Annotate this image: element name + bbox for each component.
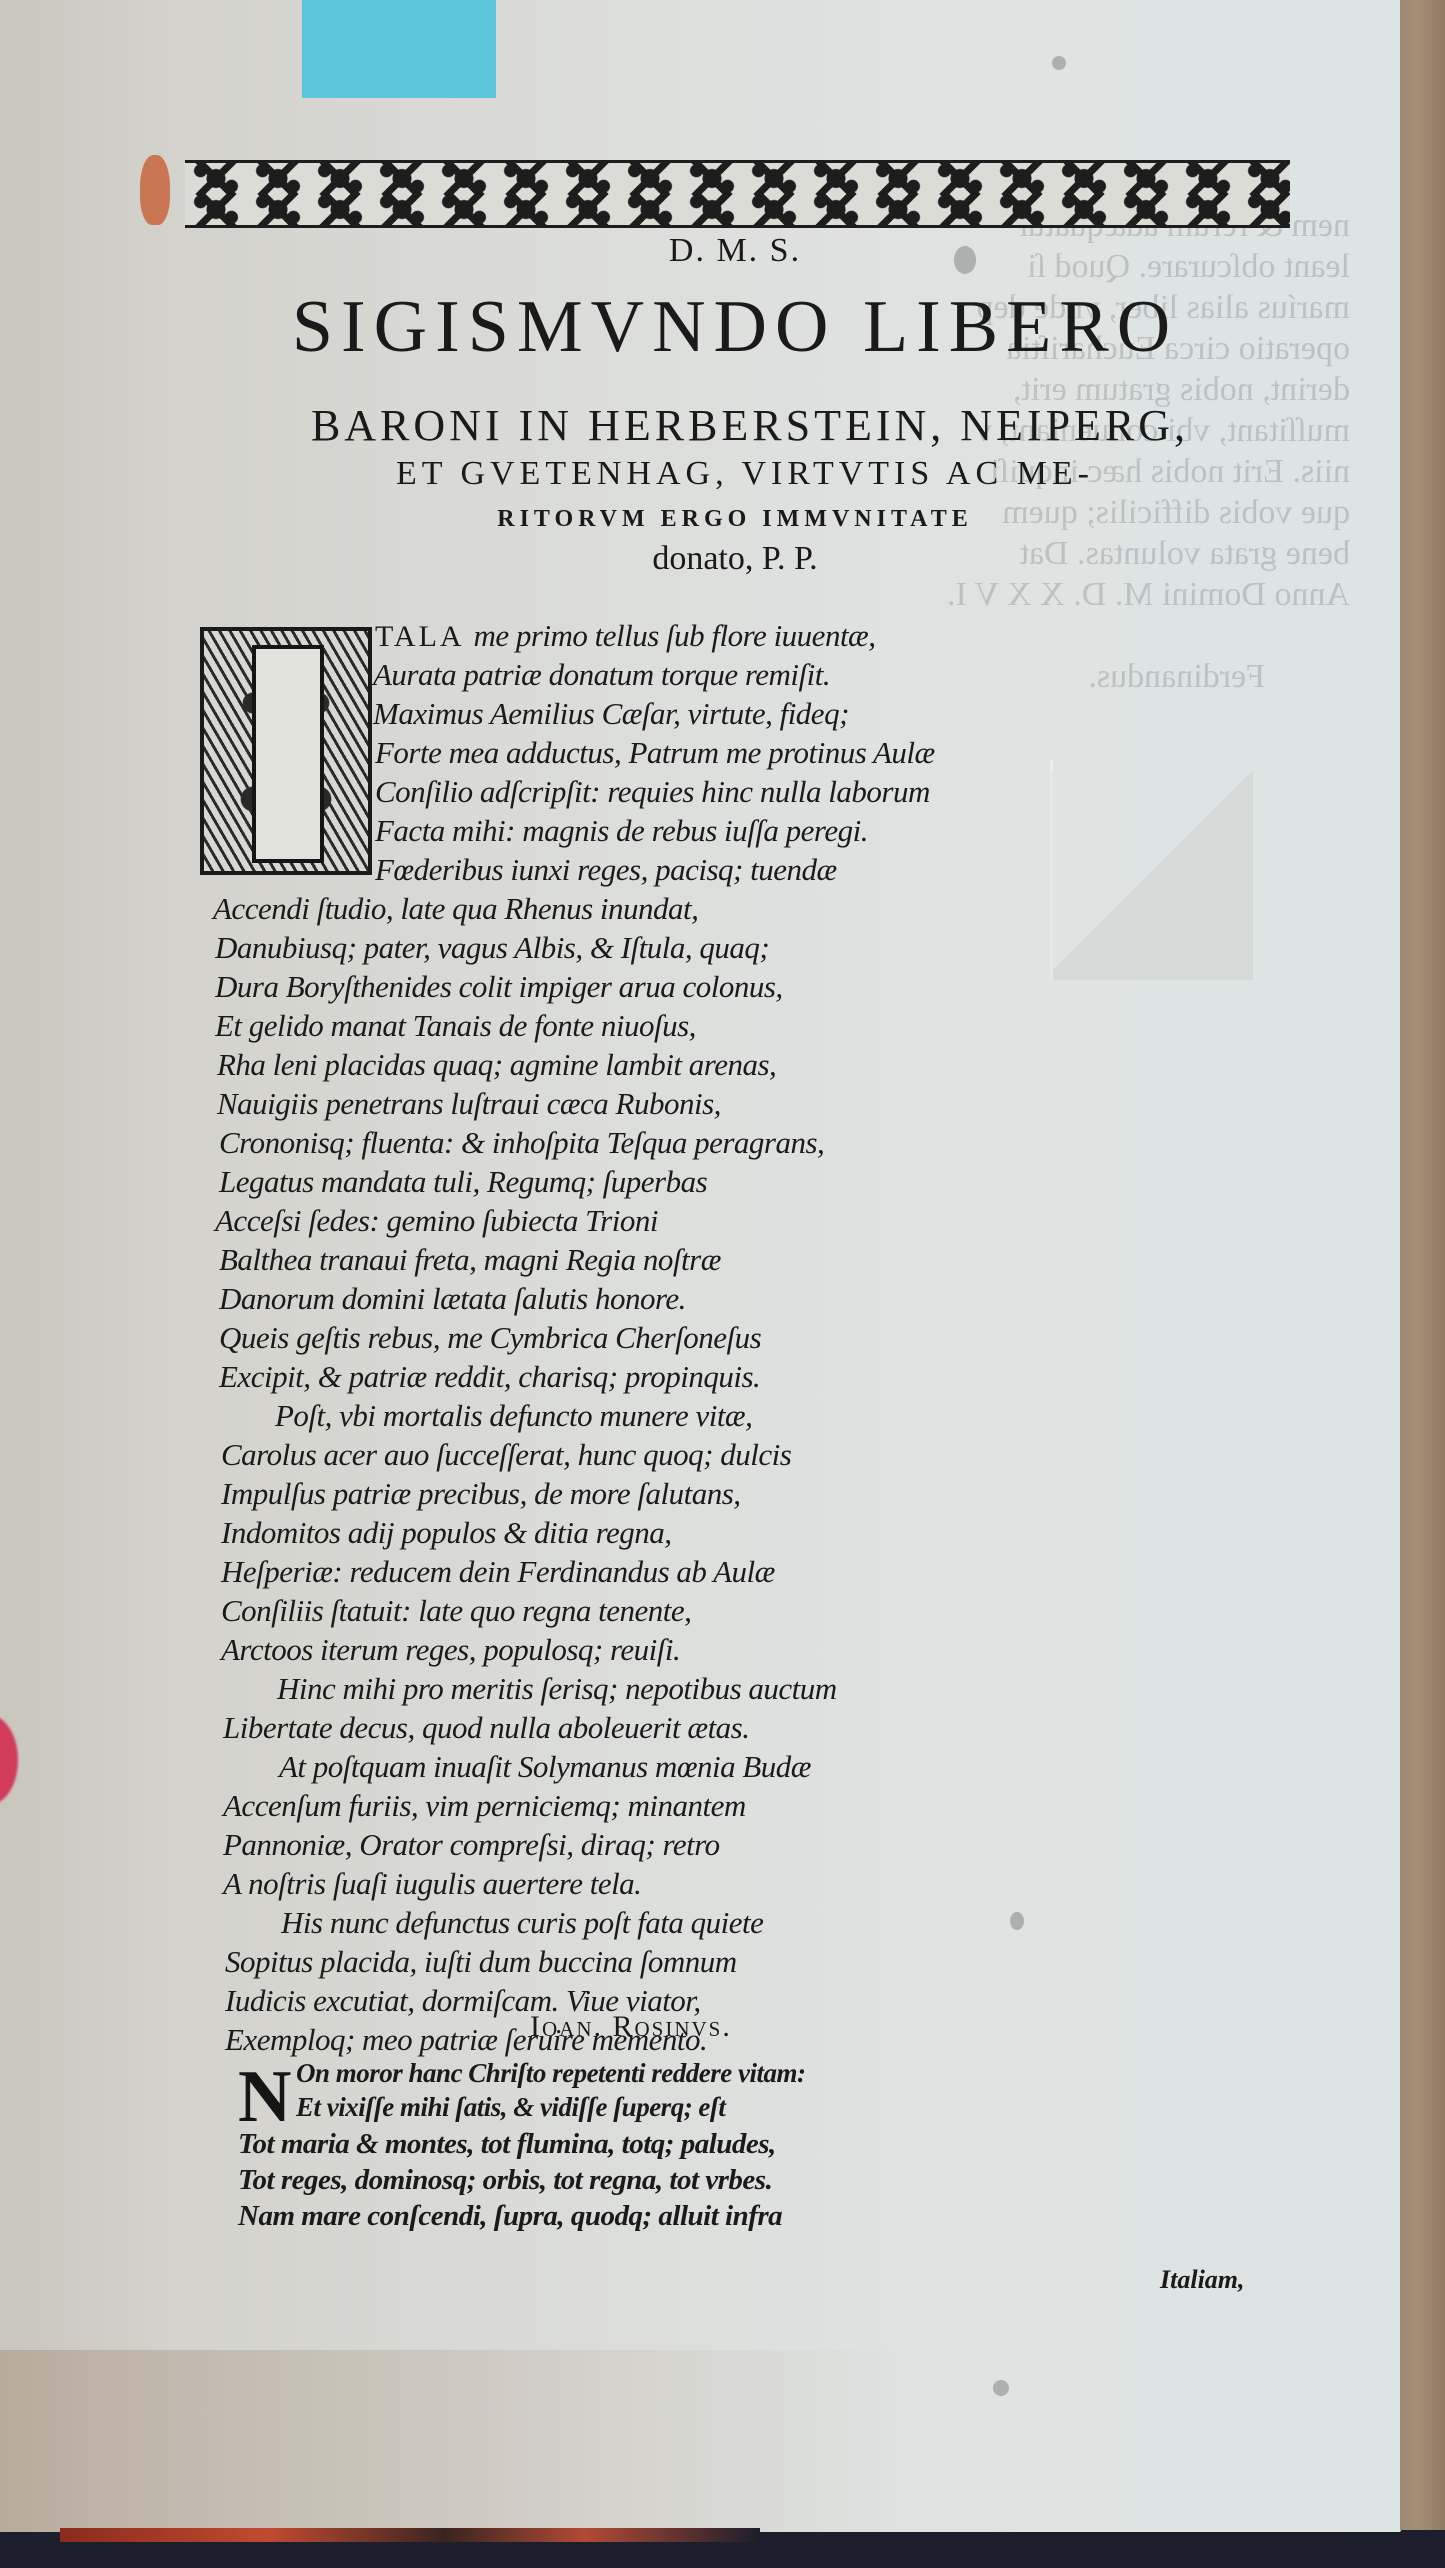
poem-line: Maximus Aemilius Cæſar, virtute, fideq;	[373, 696, 849, 732]
title-line-2: BARONI IN HERBERSTEIN, NEIPERG,	[230, 400, 1270, 451]
title-line-4: RITORVM ERGO IMMVNITATE	[160, 506, 1310, 533]
poem-line: Heſperiæ: reducem dein Ferdinandus ab Au…	[221, 1554, 775, 1590]
poem-line-indented: At poſtquam inuaſit Solymanus mœnia Budæ	[279, 1749, 811, 1785]
author-signature: Ioan. Rosinvs.	[530, 2010, 732, 2044]
poem-line: On moror hanc Chriſto repetenti reddere …	[296, 2058, 806, 2089]
poem-line: A noſtris ſuaſi iugulis auertere tela.	[223, 1866, 641, 1902]
poem-line: Queis geſtis rebus, me Cymbrica Cherſone…	[219, 1320, 761, 1356]
title-line-3: ET GVETENHAG, VIRTVTIS AC ME-	[240, 455, 1250, 493]
poem-line: Crononisq; fluenta: & inhoſpita Teſqua p…	[219, 1125, 824, 1161]
poem-line-indented: Hinc mihi pro meritis ſerisq; nepotibus …	[277, 1671, 837, 1707]
foxing-spot	[1010, 1912, 1024, 1930]
catchword: Italiam,	[1160, 2265, 1245, 2295]
poem-line: Indomitos adij populos & ditia regna,	[221, 1515, 672, 1551]
poem-line: Et gelido manat Tanais de fonte niuoſus,	[215, 1008, 696, 1044]
page-title: SIGISMVNDO LIBERO	[160, 290, 1310, 364]
poem-line: Tot reges, dominosq; orbis, tot regna, t…	[238, 2164, 772, 2197]
title-line-5: donato, P. P.	[160, 540, 1310, 578]
poem-line: Acceſsi ſedes: gemino ſubiecta Trioni	[215, 1203, 658, 1239]
poem-line-indented: Poſt, vbi mortalis defuncto munere vitæ,	[275, 1398, 752, 1434]
poem-line: Carolus acer auo ſucceſſerat, hunc quoq;…	[221, 1437, 791, 1473]
initial-letter-i: I	[252, 645, 324, 863]
poem-line: Danorum domini lætata ſalutis honore.	[219, 1281, 686, 1317]
poem-line: Pannoniæ, Orator compreſsi, diraq; retro	[223, 1827, 720, 1863]
poem-line: Nauigiis penetrans luſtraui cæca Rubonis…	[217, 1086, 721, 1122]
poem-line: Rha leni placidas quaq; agmine lambit ar…	[217, 1047, 776, 1083]
poem-line-indented: His nunc defunctus curis poſt fata quiet…	[281, 1905, 763, 1941]
sticky-note-tab	[302, 0, 496, 98]
poem-line: Facta mihi: magnis de rebus iuſſa peregi…	[375, 813, 868, 849]
poem-line: Sopitus placida, iuſti dum buccina ſomnu…	[225, 1944, 737, 1980]
poem-line: Accendi ſtudio, late qua Rhenus inundat,	[213, 891, 698, 927]
poem-line-rest: me primo tellus ſub flore iuuentæ,	[473, 618, 875, 653]
poem-line: Conſiliis ſtatuit: late quo regna tenent…	[221, 1593, 691, 1629]
poem-line: Tot maria & montes, tot flumina, totq; p…	[238, 2128, 776, 2161]
poem-line: Arctoos iterum reges, populosq; reuiſi.	[221, 1632, 680, 1668]
poem-line: Aurata patriæ donatum torque remiſit.	[373, 657, 830, 693]
foxing-spot	[993, 2380, 1009, 2396]
book-page: nem & rerum adæquatur leant obſcurare. Q…	[0, 0, 1408, 2548]
poem-line: Nam mare conſcendi, ſupra, quodq; alluit…	[238, 2200, 782, 2233]
poem-line: Et vixiſſe mihi ſatis, & vidiſſe ſuperq;…	[296, 2092, 725, 2123]
poem-line: Fœderibus iunxi reges, pacisq; tuendæ	[375, 852, 837, 888]
book-binding-edge	[1400, 0, 1445, 2530]
poem-line: Balthea tranaui freta, magni Regia noſtr…	[219, 1242, 721, 1278]
dedication-abbrev: D. M. S.	[160, 232, 1310, 270]
poem-line: Impulſus patriæ precibus, de more ſaluta…	[221, 1476, 741, 1512]
decorative-headpiece	[185, 160, 1290, 228]
poem-line: Forte mea adductus, Patrum me protinus A…	[375, 735, 935, 771]
poem-line: TALA me primo tellus ſub flore iuuentæ,	[375, 618, 875, 654]
poem-line: Danubiusq; pater, vagus Albis, & Iſtula,…	[215, 930, 769, 966]
initial-letter-n: N	[238, 2060, 291, 2134]
poem-line: Dura Boryſthenides colit impiger arua co…	[215, 969, 783, 1005]
red-stain-mark	[140, 155, 170, 225]
poem-line: Conſilio adſcripſit: requies hinc nulla …	[375, 774, 930, 810]
ornamental-initial: I	[200, 627, 372, 875]
poem-line: Excipit, & patriæ reddit, charisq; propi…	[219, 1359, 760, 1395]
book-edge-red	[60, 2528, 760, 2542]
foxing-spot	[1052, 56, 1066, 70]
poem-line-caps: TALA	[375, 620, 463, 653]
poem-line: Accenſum furiis, vim perniciemq; minante…	[223, 1788, 746, 1824]
poem-line: Legatus mandata tuli, Regumq; ſuperbas	[219, 1164, 707, 1200]
poem-line: Libertate decus, quod nulla aboleuerit æ…	[223, 1710, 750, 1746]
